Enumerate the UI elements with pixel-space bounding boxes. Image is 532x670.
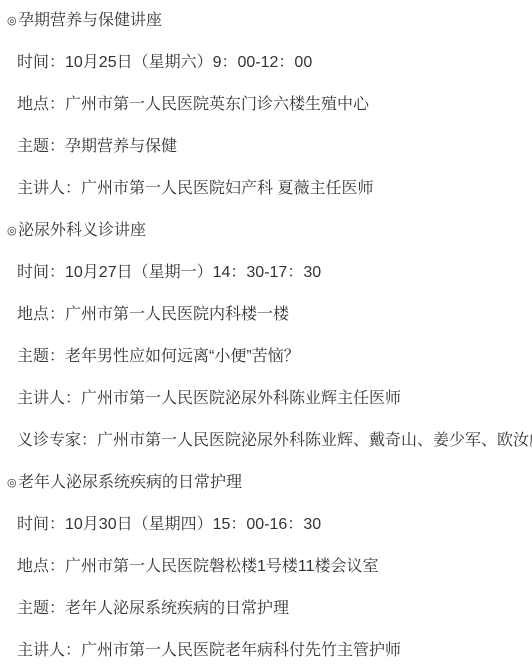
topic-line: 主题：孕期营养与保健 [17,126,532,168]
bullet-icon: ◎ [7,0,18,42]
section-title: ◎老年人泌尿系统疾病的日常护理 [7,462,532,504]
topic-line: 主题：老年人泌尿系统疾病的日常护理 [17,588,532,630]
speaker-line: 主讲人：广州市第一人民医院老年病科付先竹主管护师 [17,630,532,670]
time-line: 时间：10月25日（星期六）9：00-12：00 [17,42,532,84]
time-line: 时间：10月27日（星期一）14：30-17：30 [17,252,532,294]
section-title-text: 泌尿外科义诊讲座 [18,222,146,239]
section-title: ◎孕期营养与保健讲座 [7,0,532,42]
time-line: 时间：10月30日（星期四）15：00-16：30 [17,504,532,546]
speaker-line: 主讲人：广州市第一人民医院泌尿外科陈业辉主任医师 [17,378,532,420]
section-title-text: 孕期营养与保健讲座 [18,12,162,29]
location-line: 地点：广州市第一人民医院磐松楼1号楼11楼会议室 [17,546,532,588]
bullet-icon: ◎ [7,210,18,252]
section-title-text: 老年人泌尿系统疾病的日常护理 [18,474,242,491]
location-line: 地点：广州市第一人民医院英东门诊六楼生殖中心 [17,84,532,126]
location-line: 地点：广州市第一人民医院内科楼一楼 [17,294,532,336]
speaker-line: 主讲人：广州市第一人民医院妇产科 夏薇主任医师 [17,168,532,210]
topic-line: 主题：老年男性应如何远离“小便”苦恼？ [17,336,532,378]
experts-line: 义诊专家：广州市第一人民医院泌尿外科陈业辉、戴奇山、姜少军、欧汝彪 [17,420,532,462]
bullet-icon: ◎ [7,462,18,504]
section-title: ◎泌尿外科义诊讲座 [7,210,532,252]
article-body: ◎孕期营养与保健讲座 时间：10月25日（星期六）9：00-12：00 地点：广… [0,0,532,670]
